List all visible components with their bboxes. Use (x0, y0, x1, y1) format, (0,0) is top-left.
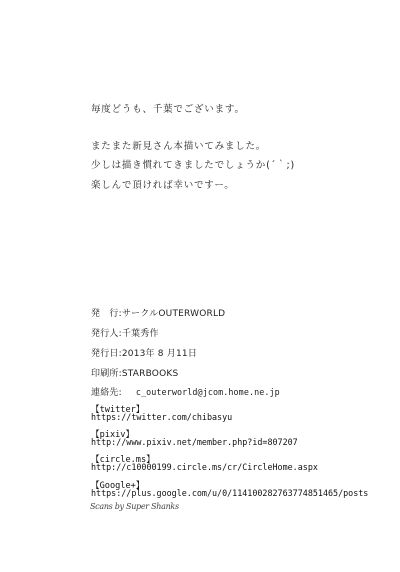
date-value: 2013年 8 月11日 (122, 349, 197, 359)
google-plus-link[interactable]: https://plus.google.com/u/0/114100282763… (91, 488, 368, 498)
author-value: 千葉秀作 (122, 329, 159, 339)
pixiv-link[interactable]: http://www.pixiv.net/member.php?id=80720… (91, 437, 298, 447)
publisher-value: サークルOUTERWORLD (122, 309, 225, 319)
contact-row: 連絡先:c_outerworld@jcom.home.ne.jp (91, 385, 280, 398)
author-row: 発行人:千葉秀作 (91, 326, 159, 339)
publisher-row: 発 行:サークルOUTERWORLD (91, 306, 225, 319)
scan-credit: Scans by Super Shanks (90, 502, 179, 511)
twitter-link[interactable]: https://twitter.com/chibasyu (91, 412, 232, 422)
publisher-label: 発 行: (91, 309, 122, 319)
greeting-line-1: 毎度どうも、千葉でございます。 (91, 101, 245, 115)
printer-value: STARBOOKS (122, 369, 179, 379)
printer-row: 印刷所:STARBOOKS (91, 366, 178, 379)
contact-label: 連絡先: (91, 388, 122, 398)
greeting-line-4: 楽しんで頂ければ幸いですー。 (91, 177, 235, 191)
date-row: 発行日:2013年 8 月11日 (91, 346, 197, 359)
printer-label: 印刷所: (91, 369, 122, 379)
document-page: 毎度どうも、千葉でございます。 またまた新見さん本描いてみました。 少しは描き慣… (0, 0, 400, 572)
author-label: 発行人: (91, 329, 122, 339)
contact-email[interactable]: c_outerworld@jcom.home.ne.jp (136, 387, 280, 397)
date-label: 発行日: (91, 349, 122, 359)
greeting-line-3: 少しは描き慣れてきましたでしょうか(´｀;) (91, 157, 295, 171)
greeting-line-2: またまた新見さん本描いてみました。 (91, 138, 266, 152)
circle-ms-link[interactable]: http://c10000199.circle.ms/cr/CircleHome… (91, 462, 318, 472)
